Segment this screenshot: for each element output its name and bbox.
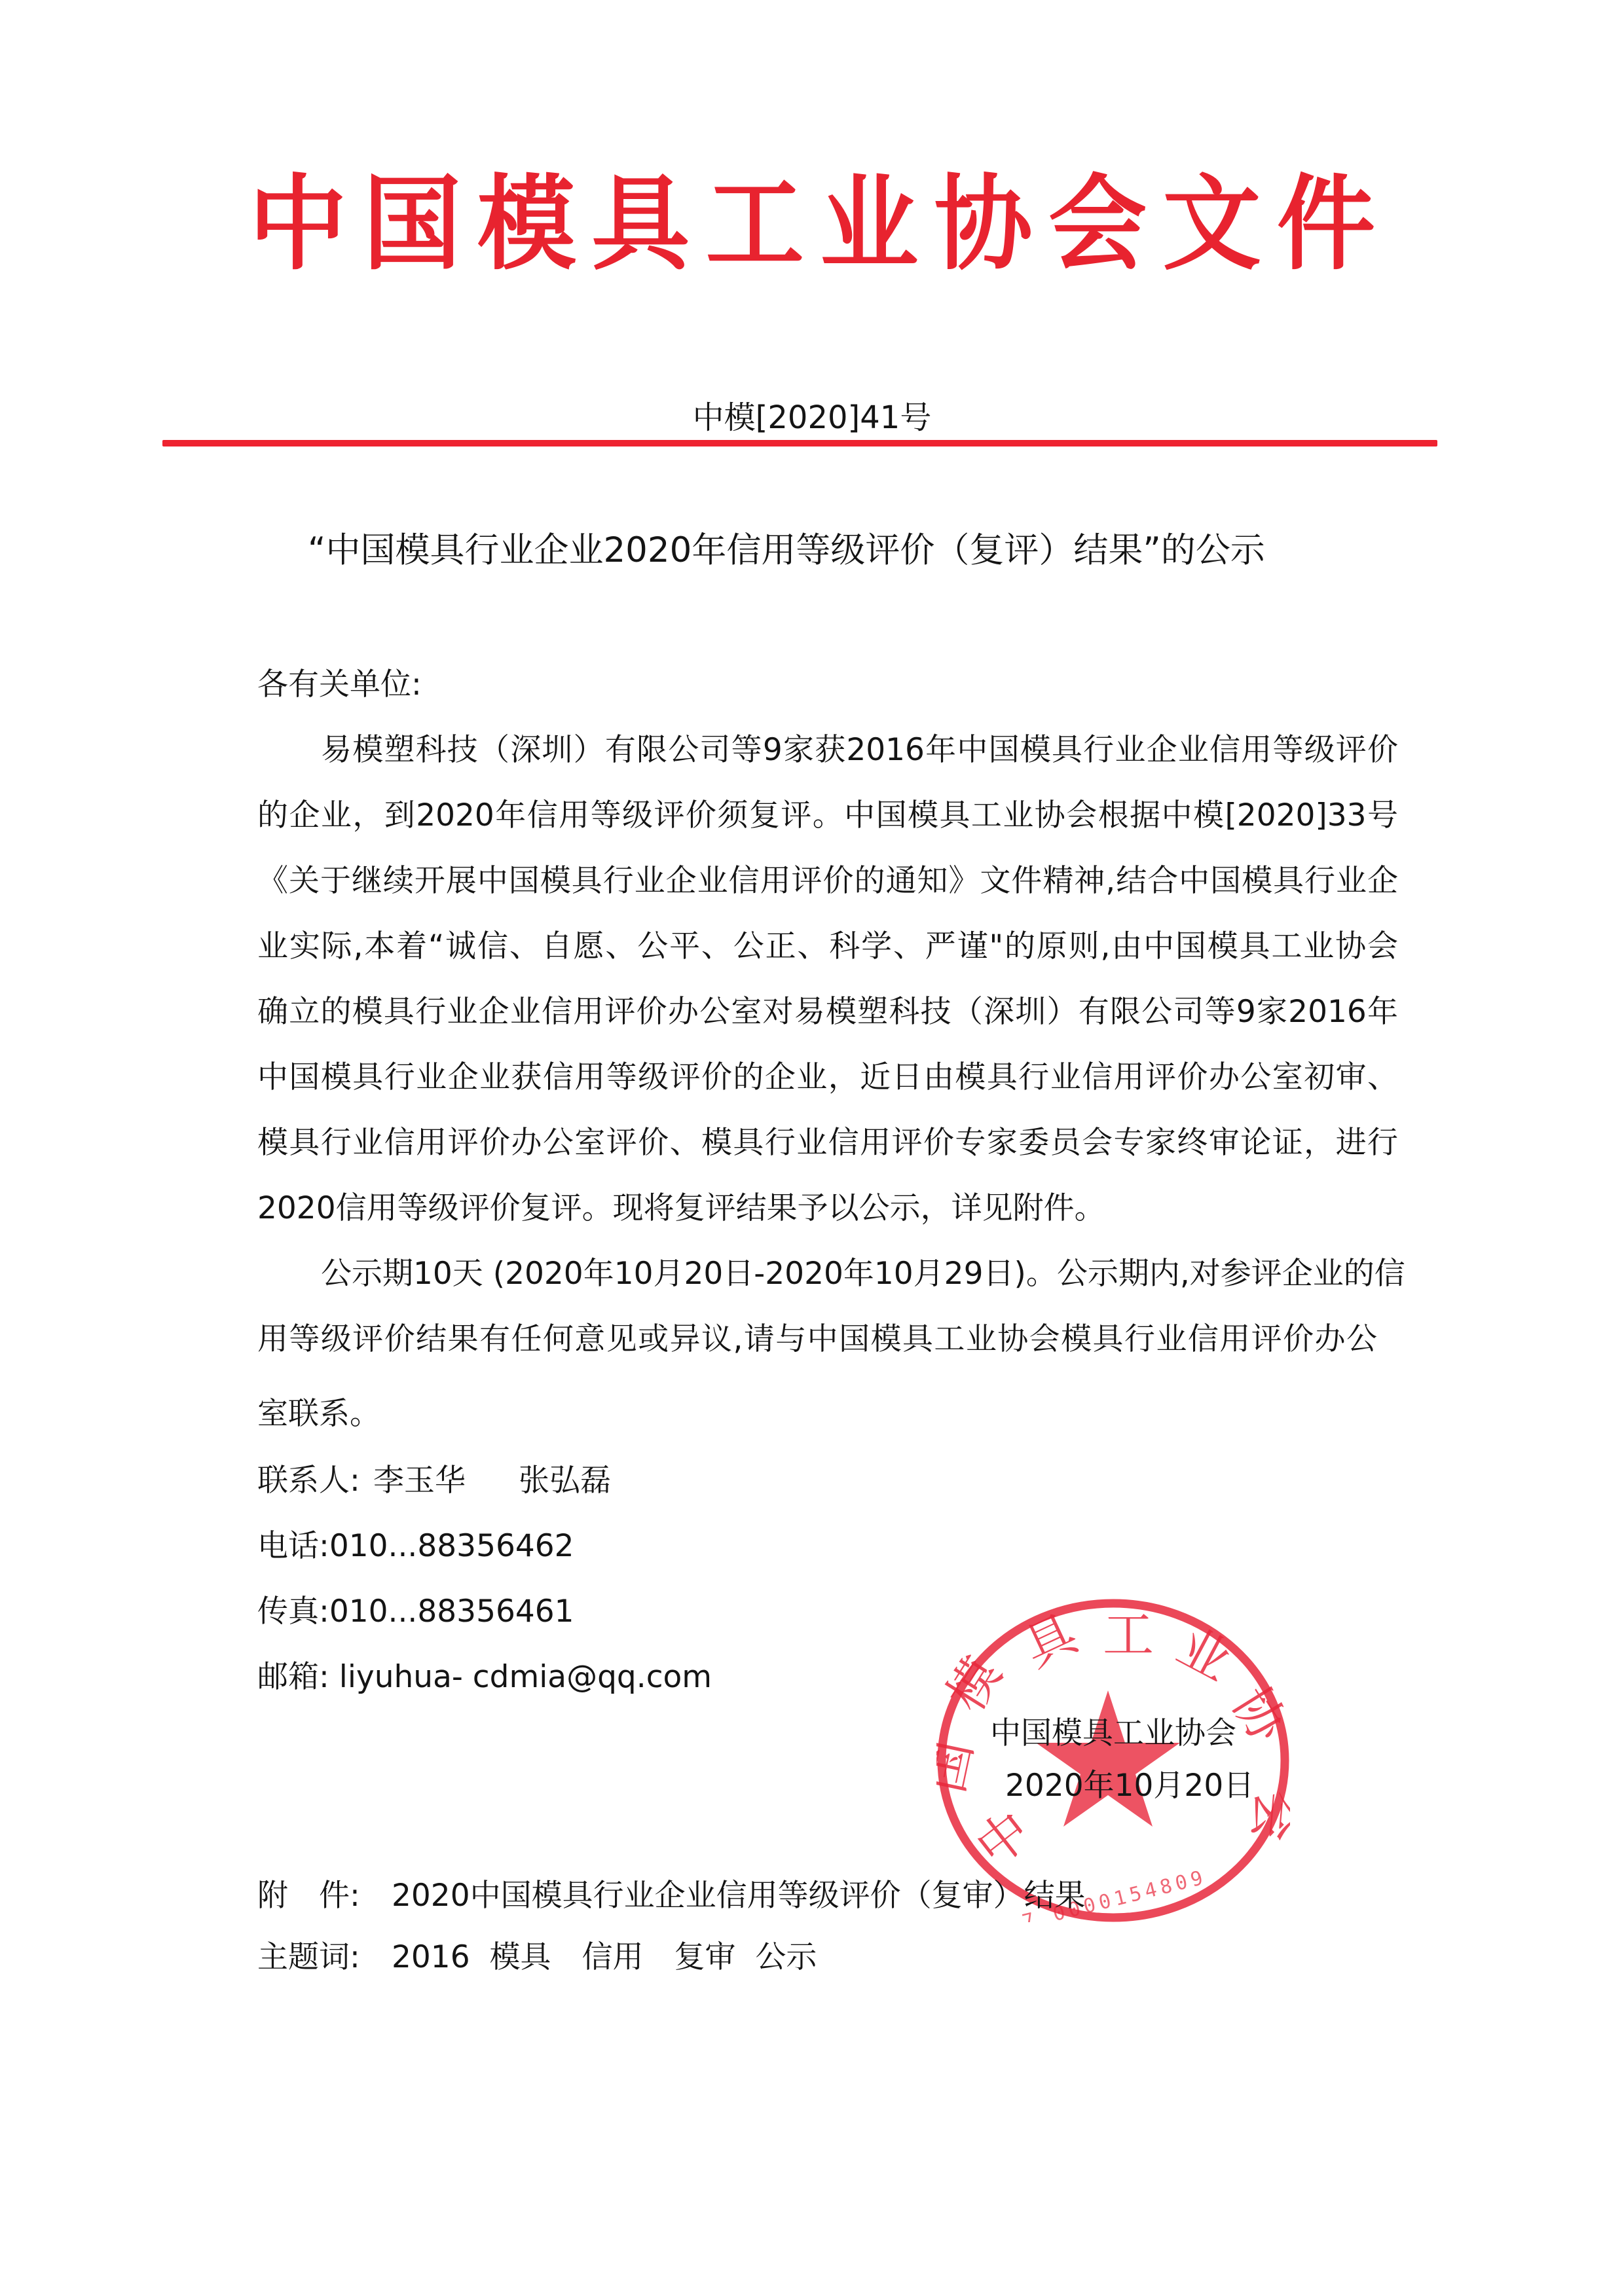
document-title: “中国模具行业企业2020年信用等级评价（复评）结果”的公示: [308, 528, 1382, 574]
body-line: 中国模具行业企业获信用等级评价的企业，近日由模具行业信用评价办公室初审、: [257, 1058, 1398, 1097]
masthead-char: 中: [249, 164, 347, 285]
keywords-value: 2016 模具 信用 复审 公示: [392, 1938, 817, 1977]
seal-char: 工: [1103, 1606, 1154, 1665]
attachment-value: 2020中国模具行业企业信用等级评价（复审）结果: [392, 1876, 1086, 1916]
keywords-label: 主题词:: [257, 1938, 360, 1977]
masthead-char: 业: [820, 164, 918, 285]
body-line: 2020信用等级评价复评。现将复评结果予以公示，详见附件。: [257, 1189, 1398, 1228]
body-line: 公示期10天 (2020年10月20日-2020年10月29日)。公示期内,对参…: [321, 1254, 1398, 1294]
salutation: 各有关单位:: [257, 665, 1398, 704]
signature-date: 2020年10月20日: [1005, 1766, 1254, 1806]
body-line: 室联系。: [257, 1394, 1398, 1434]
body-line: 的企业，到2020年信用等级评价须复评。中国模具工业协会根据中模[2020]33…: [257, 796, 1398, 835]
contact-email[interactable]: 邮箱: liyuhua- cdmia@qq.com: [257, 1658, 712, 1697]
masthead-char: 会: [1048, 164, 1147, 285]
masthead-title: 中 国 模 具 工 业 协 会 文 件: [249, 167, 1375, 282]
attachment-label: 附 件:: [257, 1876, 360, 1916]
masthead-char: 件: [1277, 164, 1375, 285]
contact-person-2: 张弘磊: [519, 1461, 611, 1501]
body-line: 《关于继续开展中国模具行业企业信用评价的通知》文件精神,结合中国模具行业企: [257, 862, 1398, 901]
seal-char: 具: [1015, 1603, 1088, 1679]
signature-org: 中国模具工业协会: [990, 1714, 1236, 1753]
official-seal: 中 国 模 具 工 业 协 会 7 0000154809: [936, 1599, 1290, 1922]
red-divider: [162, 440, 1437, 446]
contact-person-label: 联系人:: [257, 1461, 360, 1501]
masthead-char: 协: [934, 164, 1033, 285]
masthead-char: 具: [591, 164, 690, 285]
seal-icon: 中 国 模 具 工 业 协 会 7 0000154809: [936, 1599, 1290, 1922]
body-line: 确立的模具行业企业信用评价办公室对易模塑科技（深圳）有限公司等9家2016年: [257, 993, 1398, 1032]
contact-phone: 电话:010...88356462: [257, 1527, 574, 1566]
seal-char: 国: [936, 1736, 984, 1798]
body-line: 用等级评价结果有任何意见或异议,请与中国模具工业协会模具行业信用评价办公: [257, 1320, 1377, 1359]
masthead-char: 工: [706, 164, 804, 285]
masthead-char: 文: [1163, 164, 1261, 285]
document-number: 中模[2020]41号: [0, 398, 1624, 437]
contact-person-1: 李玉华: [373, 1461, 466, 1501]
masthead-char: 国: [363, 164, 461, 285]
body-line: 模具行业信用评价办公室评价、模具行业信用评价专家委员会专家终审论证，进行: [257, 1123, 1398, 1163]
seal-char: 业: [1168, 1616, 1240, 1692]
body-line: 易模塑科技（深圳）有限公司等9家获2016年中国模具行业企业信用等级评价: [321, 731, 1398, 770]
seal-char: 中: [965, 1800, 1042, 1878]
masthead-char: 模: [477, 164, 576, 285]
body-line: 业实际,本着“诚信、自愿、公平、公正、科学、严谨"的原则,由中国模具工业协会: [257, 927, 1398, 966]
contact-fax: 传真:010...88356461: [257, 1592, 574, 1631]
